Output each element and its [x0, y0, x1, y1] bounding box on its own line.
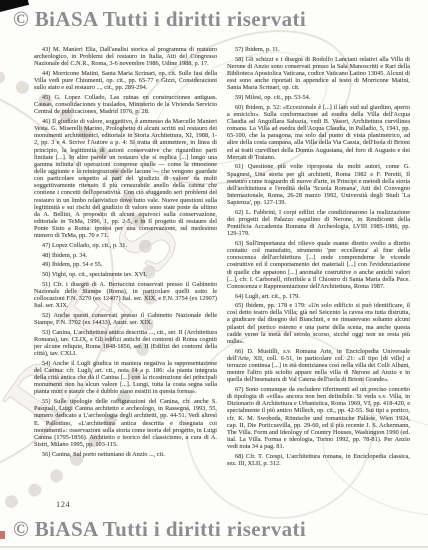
footnote-52: 52) Anche questi conservati presso il Ga… — [34, 312, 217, 326]
footnote-65: 65) Ibidem, pp. 178 e 179: «Un solo edif… — [227, 302, 410, 345]
footnote-46: 46) Il giudizio di valore, soggettivo, è… — [34, 118, 217, 240]
footnote-51: 51) Cfr. i disegni di A. Bertuccini cons… — [34, 281, 217, 310]
footnote-66: 66) D. Mustilli, s.v. Romana Arte, in En… — [227, 348, 410, 384]
scan-artifact-red-mark — [0, 531, 5, 539]
footnote-45: 45) G. Lopez Collado, Las ruinas en cons… — [34, 94, 217, 115]
scan-artifact-bottom-streak — [0, 546, 428, 548]
footnote-68: 68) Cfr. T. Crespi, L'architettura roman… — [227, 453, 410, 467]
copyright-watermark-bottom: © BiASA Tutti i diritti riservati — [13, 517, 306, 542]
footnote-43: 43) M. Manieri Elia, Dall'analisi storic… — [34, 46, 217, 67]
footnote-column-left: 43) M. Manieri Elia, Dall'analisi storic… — [34, 46, 217, 489]
footnote-60: 60) Ibidem, p. 52: «Eccezionale è [...] … — [227, 104, 410, 161]
footnote-column-right: 57) Ibidem, p. 11. 58) Gli schizzi e i d… — [227, 46, 410, 489]
footnote-47: 47) Lopez Collado, op. cit., p. 31. — [34, 242, 217, 249]
footnote-55: 55) Sulle tipologie delle raffigurazioni… — [34, 398, 217, 448]
page-number: 124 — [56, 499, 70, 509]
footnote-53: 53) Canina, L'architettura antica descri… — [34, 329, 217, 358]
footnote-56: 56) Canina, Sul porto nettuniano di Anzi… — [34, 451, 217, 458]
footnote-64: 64) Lugli, art. cit., p. 179. — [227, 293, 410, 300]
footnote-49: 49) Ibidem, pp. 54 e 55. — [34, 261, 217, 268]
footnote-48: 48) Ibidem, p. 34. — [34, 252, 217, 259]
footnote-62: 62) L. Fabbrini, I corpi edilizi che con… — [227, 209, 410, 238]
footnote-54: 54) Anche il Lugli giudica in maniera ne… — [34, 360, 217, 396]
footnote-44: 44) Morricone Matini, Santa Maria Scrina… — [34, 70, 217, 91]
footnote-61: 61) Questione più volte riproposta da mo… — [227, 163, 410, 206]
footnote-67: 67) Sono comunque da escludere riferimen… — [227, 386, 410, 450]
footnote-50: 50) Vighi, op. cit., specialmente tav. X… — [34, 271, 217, 278]
scanned-page: D E S © BiASA Tutti i diritti riservati … — [0, 0, 428, 550]
footnote-57: 57) Ibidem, p. 11. — [227, 46, 410, 53]
footnote-59: 59) Milesi, op. cit., pp. 53-54. — [227, 94, 410, 101]
copyright-watermark-top: © BiASA Tutti i diritti riservati — [13, 7, 306, 32]
footnote-58: 58) Gli schizzi e i disegni di Rodolfo L… — [227, 56, 410, 92]
footnote-63: 63) Sull'importanza del rilievo quale es… — [227, 240, 410, 290]
